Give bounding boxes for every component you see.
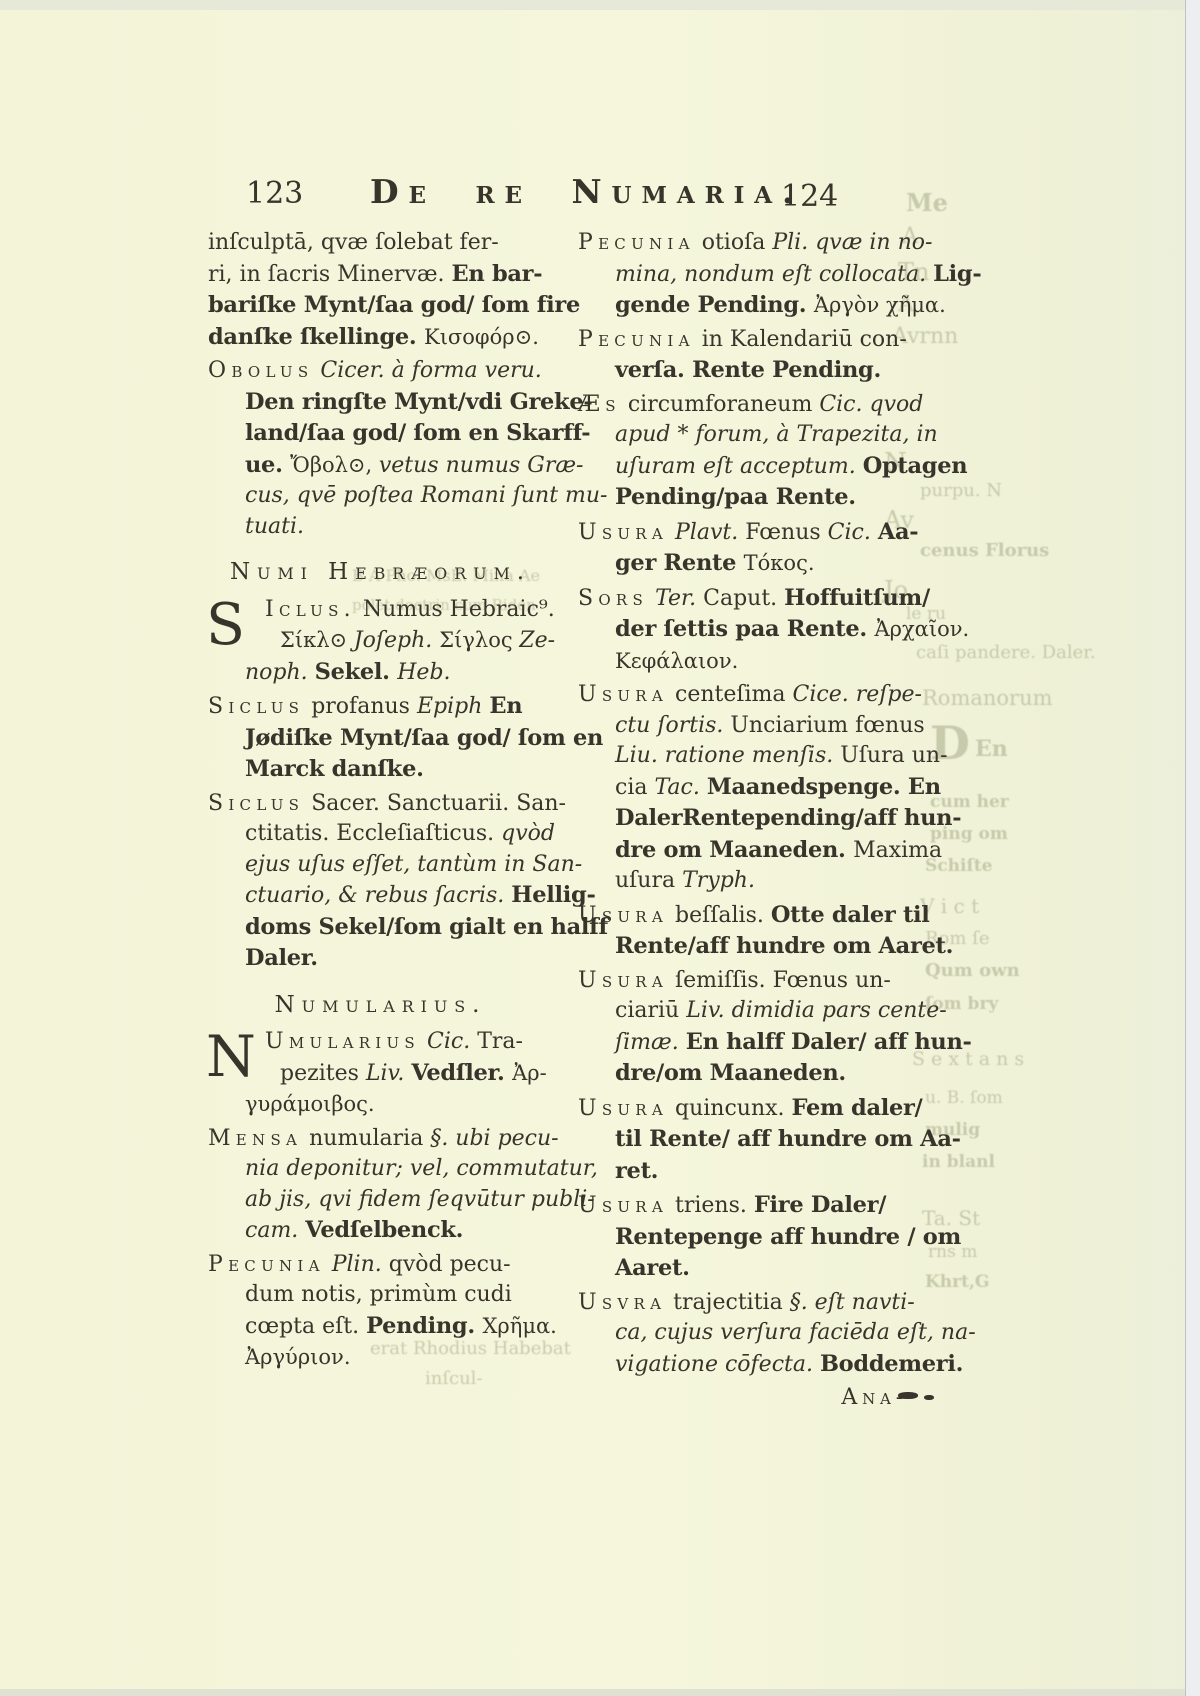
text-segment: quincunx. xyxy=(668,1096,792,1121)
text-segment: Ἀργύριον. xyxy=(245,1345,351,1369)
scan-edge-bottom xyxy=(0,1689,1200,1696)
text-segment: Numus Hebraic⁹. xyxy=(356,597,555,622)
dictionary-entry: Usura triens. Fire Daler/Rentepenge aff … xyxy=(578,1190,938,1285)
text-segment: Cic. xyxy=(427,1029,477,1054)
entry-line: noph. Sekel. Heb. xyxy=(208,657,553,689)
text-segment: Χρῆμα. xyxy=(482,1314,556,1338)
text-segment: Pending/paa Rente. xyxy=(615,484,856,510)
entry-line: ca, cujus verſura faciēda eſt, na- xyxy=(578,1318,938,1349)
text-segment: Caput. xyxy=(703,586,784,611)
entry-line: Siclus Sacer. Sanctuarii. San- xyxy=(208,789,553,820)
text-segment: Pending. xyxy=(366,1313,482,1339)
text-segment: Cic. qvod xyxy=(819,392,923,417)
text-segment: Jødiſke Mynt/ſaa god/ ſom en xyxy=(245,725,603,751)
entry-line: dre om Maaneden. Maxima xyxy=(578,835,938,867)
text-segment: Ter. xyxy=(655,586,703,611)
text-segment: centeſima xyxy=(668,682,793,707)
text-segment: Den ringſte Mynt/vdi Greke- xyxy=(245,389,592,415)
text-segment: Epiph xyxy=(417,694,489,719)
text-segment: ab jis, qvi fidem ſeqvūtur publi- xyxy=(245,1187,595,1212)
text-segment: Umularius xyxy=(265,1029,420,1054)
text-segment: Tryph. xyxy=(682,868,755,893)
text-column-left: inſculptā, qvæ ſolebat fer-ri, in ſacris… xyxy=(208,228,553,1377)
text-segment: Daler. xyxy=(245,945,318,971)
text-segment: Tra- xyxy=(477,1029,523,1054)
entry-line: pezites Liv. Vedſler. Ἀρ- xyxy=(208,1058,553,1090)
entry-line: dum notis, primùm cudi xyxy=(208,1280,553,1311)
text-segment: inſculptā, qvæ ſolebat fer- xyxy=(208,230,499,255)
text-segment: ctitatis. Eccleſiaſticus. xyxy=(245,821,501,846)
text-segment: Otte daler til xyxy=(771,902,930,928)
entry-line: Pending/paa Rente. xyxy=(578,482,938,514)
text-segment: gende Pending. xyxy=(615,292,814,318)
text-column-right: Pecunia otioſa Pli. qvæ in no-mina, nond… xyxy=(578,228,938,1414)
text-segment: Maanedspenge. En xyxy=(707,774,941,800)
entry-line: Usura quincunx. Fem daler/ xyxy=(578,1093,938,1125)
entry-line: danſke ſkellinge. Κισοφόρ⊙. xyxy=(208,322,553,354)
text-segment: noph. xyxy=(245,660,315,685)
text-segment: §. eſt navti- xyxy=(790,1290,915,1315)
text-segment: pezites xyxy=(280,1061,366,1086)
entry-line: cus, qvē poſtea Romani ſunt mu- xyxy=(208,481,553,512)
text-segment: in Kalendariū con- xyxy=(695,327,907,352)
entry-line: Siclus profanus Epiph En xyxy=(208,691,553,723)
text-segment: qvòd pecu- xyxy=(389,1252,511,1277)
text-segment: Ἀργὸν χῆμα. xyxy=(814,293,946,317)
entry-line: uſuram eſt acceptum. Optagen xyxy=(578,451,938,483)
text-segment: Pli. qvæ in no- xyxy=(772,230,932,255)
text-segment: Fœnus xyxy=(745,520,827,545)
text-segment: Usvra xyxy=(578,1290,666,1315)
text-segment: Boddemeri. xyxy=(820,1351,963,1377)
entry-line: ciariū Liv. dimidia pars cente- xyxy=(578,996,938,1027)
text-segment: Siclus xyxy=(208,694,304,719)
text-segment: doms Sekel/ſom gialt en halff xyxy=(245,914,608,940)
text-segment: Maxima xyxy=(853,838,942,863)
entry-line: Usvra trajectitia §. eſt navti- xyxy=(578,1288,938,1319)
text-segment: Sacer. Sanctuarii. San- xyxy=(304,791,566,816)
scanned-book-page: { "page": { "paper_color": "#f4f5d9", "i… xyxy=(0,0,1200,1696)
entry-line: γυράμοιβος. xyxy=(208,1089,553,1121)
entry-line: apud * forum, à Trapezita, in xyxy=(578,420,938,451)
dictionary-entry: Mensa numularia §. ubi pecu-nia deponitu… xyxy=(208,1124,553,1247)
text-segment: En halff Daler/ aff hun- xyxy=(686,1029,972,1055)
text-segment: Usura xyxy=(578,520,668,545)
ink-speck xyxy=(924,1395,934,1400)
section-heading: Numi Hebræorum. xyxy=(208,557,553,588)
text-segment: ciariū xyxy=(615,998,686,1023)
entry-line: Marck danſke. xyxy=(208,754,553,786)
dictionary-entry: Usura beſſalis. Otte daler tilRente/aff … xyxy=(578,900,938,963)
entry-line: ctuario, & rebus ſacris. Hellig- xyxy=(208,880,553,912)
entry-line: Usura ſemiſſis. Fœnus un- xyxy=(578,966,938,997)
text-segment: til Rente/ aff hundre om Aa- xyxy=(615,1126,961,1152)
text-segment: Cice. reſpe- xyxy=(793,682,922,707)
drop-cap: N xyxy=(206,1029,256,1086)
entry-line: Den ringſte Mynt/vdi Greke- xyxy=(208,387,553,419)
text-segment: Usura xyxy=(578,968,668,993)
text-segment: γυράμοιβος. xyxy=(245,1092,375,1116)
text-segment: apud * forum, à Trapezita, in xyxy=(615,422,938,447)
text-segment: Pecunia xyxy=(208,1252,325,1277)
entry-line: Pecunia otioſa Pli. qvæ in no- xyxy=(578,228,938,259)
scan-edge-right xyxy=(1185,0,1200,1696)
dictionary-entry: Siclus profanus Epiph EnJødiſke Mynt/ſaa… xyxy=(208,691,553,786)
text-segment: Joſeph. xyxy=(354,628,439,653)
text-segment: Liu. ratione menſis. xyxy=(615,743,840,768)
dictionary-entry: NUmularius Cic. Tra-pezites Liv. Vedſler… xyxy=(208,1027,553,1121)
entry-line: Pecunia Plin. qvòd pecu- xyxy=(208,1250,553,1281)
text-segment xyxy=(420,1029,427,1054)
text-segment: Sekel. xyxy=(315,659,398,685)
text-segment: dre/om Maaneden. xyxy=(615,1060,846,1086)
dictionary-entry: Usvra trajectitia §. eſt navti-ca, cujus… xyxy=(578,1288,938,1381)
entry-line: verſa. Rente Pending. xyxy=(578,355,938,387)
page-number-right: 124 xyxy=(781,179,838,214)
text-segment: cia xyxy=(615,775,654,800)
entry-line: der ſettis paa Rente. Ἀρχαῖον. xyxy=(578,614,938,646)
text-segment: numularia xyxy=(302,1126,430,1151)
dictionary-entry: inſculptā, qvæ ſolebat fer-ri, in ſacris… xyxy=(208,228,553,353)
text-segment: Æs xyxy=(578,392,621,417)
text-segment: dre om Maaneden. xyxy=(615,837,853,863)
text-segment xyxy=(325,1252,332,1277)
text-segment: vetus numus Græ- xyxy=(379,453,584,478)
entry-line: Liu. ratione menſis. Uſura un- xyxy=(578,741,938,772)
text-segment: Sors xyxy=(578,586,648,611)
text-segment: Vedſelbenck. xyxy=(305,1217,463,1243)
catchword: Ana- xyxy=(578,1383,938,1414)
text-segment: Usura xyxy=(578,1096,668,1121)
text-segment: Usura xyxy=(578,1193,668,1218)
text-segment: DalerRentepending/aff hun- xyxy=(615,805,961,831)
entry-line: Iclus. Numus Hebraic⁹. xyxy=(208,595,553,626)
text-segment: land/ſaa god/ ſom en Skarff- xyxy=(245,420,590,446)
text-segment: ca, cujus verſura faciēda eſt, na- xyxy=(615,1320,976,1345)
text-segment xyxy=(648,586,655,611)
text-segment: Aaret. xyxy=(615,1255,690,1281)
text-segment: Rentepenge aff hundre / om xyxy=(615,1224,961,1250)
text-segment: Σίκλ⊙ xyxy=(280,628,354,652)
text-segment: Plavt. xyxy=(675,520,745,545)
entry-line: Rentepenge aff hundre / om xyxy=(578,1222,938,1254)
entry-line: cia Tac. Maanedspenge. En xyxy=(578,772,938,804)
text-segment: Hoffuitſum/ xyxy=(784,585,930,611)
text-segment: Ze- xyxy=(519,628,555,653)
text-segment: danſke ſkellinge. xyxy=(208,324,424,350)
text-segment: circumforaneum xyxy=(621,392,819,417)
text-segment: Ἀρ- xyxy=(512,1061,547,1085)
entry-line: til Rente/ aff hundre om Aa- xyxy=(578,1124,938,1156)
text-segment: En bar- xyxy=(452,261,543,287)
text-segment: Pecunia xyxy=(578,230,695,255)
text-segment: Σίγλος xyxy=(439,628,519,652)
text-segment: Lig- xyxy=(933,261,981,287)
text-segment: Tac. xyxy=(654,775,706,800)
text-segment: Τόκος. xyxy=(744,551,815,575)
text-segment: Liv. xyxy=(366,1061,411,1086)
entry-line: Mensa numularia §. ubi pecu- xyxy=(208,1124,553,1155)
text-segment: Ἀρχαῖον. xyxy=(874,617,969,641)
text-segment: Pecunia xyxy=(578,327,695,352)
text-segment: cus, qvē poſtea Romani ſunt mu- xyxy=(245,483,608,508)
entry-line: Pecunia in Kalendariū con- xyxy=(578,325,938,356)
dictionary-entry: Usura ſemiſſis. Fœnus un-ciariū Liv. dim… xyxy=(578,966,938,1090)
entry-line: tuati. xyxy=(208,512,553,543)
entry-line: land/ſaa god/ ſom en Skarff- xyxy=(208,418,553,450)
entry-line: mina, nondum eſt collocata. Lig- xyxy=(578,259,938,291)
text-segment: verſa. Rente Pending. xyxy=(615,357,881,383)
entry-line: ſimæ. En halff Daler/ aff hun- xyxy=(578,1027,938,1059)
text-segment: ſemiſſis. Fœnus un- xyxy=(668,968,891,993)
text-segment: ctu ſortis. xyxy=(615,713,730,738)
text-segment: cœpta eſt. xyxy=(245,1314,366,1339)
text-segment: ret. xyxy=(615,1158,658,1184)
entry-line: Daler. xyxy=(208,943,553,975)
text-segment: En xyxy=(489,693,522,719)
text-segment: Unciarium fœnus xyxy=(730,713,924,738)
text-segment: Κισοφόρ⊙. xyxy=(424,325,539,349)
text-segment: beſſalis. xyxy=(668,903,771,928)
entry-line: Usura beſſalis. Otte daler til xyxy=(578,900,938,932)
text-segment xyxy=(668,520,675,545)
entry-line: ri, in ſacris Minervæ. En bar- xyxy=(208,259,553,291)
entry-line: ejus uſus eſſet, tantùm in San- xyxy=(208,850,553,881)
text-segment: ejus uſus eſſet, tantùm in San- xyxy=(245,852,582,877)
text-segment: tuati. xyxy=(245,514,304,539)
entry-line: Σίκλ⊙ Joſeph. Σίγλος Ze- xyxy=(208,625,553,657)
entry-line: ret. xyxy=(578,1156,938,1188)
entry-line: inſculptā, qvæ ſolebat fer- xyxy=(208,228,553,259)
entry-line: nia deponitur; vel, commutatur, xyxy=(208,1154,553,1185)
dictionary-entry: Æs circumforaneum Cic. qvodapud * forum,… xyxy=(578,390,938,514)
text-segment: Marck danſke. xyxy=(245,756,424,782)
text-segment: otioſa xyxy=(695,230,773,255)
entry-line: dre/om Maaneden. xyxy=(578,1058,938,1090)
text-segment: ger Rente xyxy=(615,550,744,576)
drop-cap: S xyxy=(206,597,245,654)
entry-line: DalerRentepending/aff hun- xyxy=(578,803,938,835)
text-segment: profanus xyxy=(304,694,417,719)
entry-line: cam. Vedſelbenck. xyxy=(208,1215,553,1247)
text-segment: vigatione cōfecta. xyxy=(615,1352,820,1377)
entry-line: ger Rente Τόκος. xyxy=(578,548,938,580)
entry-line: Aaret. xyxy=(578,1253,938,1285)
dictionary-entry: Sors Ter. Caput. Hoffuitſum/der ſettis p… xyxy=(578,583,938,678)
text-segment: Κεφάλαιον. xyxy=(615,649,738,673)
text-segment: ctuario, & rebus ſacris. xyxy=(245,883,511,908)
entry-line: Usura triens. Fire Daler/ xyxy=(578,1190,938,1222)
entry-line: Umularius Cic. Tra- xyxy=(208,1027,553,1058)
text-segment: Mensa xyxy=(208,1126,302,1151)
entry-line: ctu ſortis. Unciarium fœnus xyxy=(578,711,938,742)
dictionary-entry: Obolus Cicer. à forma veru.Den ringſte M… xyxy=(208,356,553,542)
entry-line: bariſke Mynt/ſaa god/ ſom fire xyxy=(208,290,553,322)
text-segment: Fem daler/ xyxy=(792,1095,923,1121)
entry-line: Obolus Cicer. à forma veru. xyxy=(208,356,553,387)
entry-line: uſura Tryph. xyxy=(578,866,938,897)
text-segment: nia deponitur; vel, commutatur, xyxy=(245,1156,598,1181)
scan-edge-top xyxy=(0,0,1200,10)
entry-line: Æs circumforaneum Cic. qvod xyxy=(578,390,938,421)
text-segment: Cic. xyxy=(828,520,878,545)
page-number-left: 123 xyxy=(246,176,303,211)
text-segment: qvòd xyxy=(501,821,555,846)
text-segment: Plin. xyxy=(332,1252,389,1277)
text-segment: Optagen xyxy=(863,453,968,479)
text-segment: mina, nondum eſt collocata. xyxy=(615,262,933,287)
entry-line: ab jis, qvi fidem ſeqvūtur publi- xyxy=(208,1185,553,1216)
text-segment: bariſke Mynt/ſaa god/ ſom fire xyxy=(208,292,580,318)
dictionary-entry: Pecunia otioſa Pli. qvæ in no-mina, nond… xyxy=(578,228,938,322)
page-title: De re Numaria. xyxy=(370,172,730,211)
entry-line: gende Pending. Ἀργὸν χῆμα. xyxy=(578,290,938,322)
text-segment: dum notis, primùm cudi xyxy=(245,1282,512,1307)
entry-line: cœpta eſt. Pending. Χρῆμα. xyxy=(208,1311,553,1343)
text-segment: uſura xyxy=(615,868,682,893)
text-segment: Uſura un- xyxy=(840,743,947,768)
text-segment: Usura xyxy=(578,903,668,928)
text-segment: Fire Daler/ xyxy=(754,1192,886,1218)
dictionary-entry: Usura Plavt. Fœnus Cic. Aa-ger Rente Τόκ… xyxy=(578,517,938,580)
dictionary-entry: Siclus Sacer. Sanctuarii. San-ctitatis. … xyxy=(208,789,553,975)
section-heading: Numularius. xyxy=(208,990,553,1021)
text-segment: §. ubi pecu- xyxy=(430,1126,558,1151)
text-segment: Iclus. xyxy=(265,597,356,622)
text-segment: Liv. dimidia pars cente- xyxy=(686,998,947,1023)
text-segment: ue. xyxy=(245,452,290,478)
text-segment: Ὄβολ⊙, xyxy=(290,453,379,477)
entry-line: ctitatis. Eccleſiaſticus. qvòd xyxy=(208,819,553,850)
text-segment: Vedſler. xyxy=(411,1060,512,1086)
text-segment: Rente/aff hundre om Aaret. xyxy=(615,933,953,959)
dictionary-entry: Pecunia Plin. qvòd pecu-dum notis, primù… xyxy=(208,1250,553,1374)
text-segment: ri, in ſacris Minervæ. xyxy=(208,262,452,287)
entry-line: vigatione cōfecta. Boddemeri. xyxy=(578,1349,938,1381)
entry-line: Jødiſke Mynt/ſaa god/ ſom en xyxy=(208,723,553,755)
text-segment: der ſettis paa Rente. xyxy=(615,616,874,642)
entry-line: Rente/aff hundre om Aaret. xyxy=(578,931,938,963)
text-segment: Cicer. à forma veru. xyxy=(320,358,541,383)
text-segment: ſimæ. xyxy=(615,1030,686,1055)
dictionary-entry: Usura quincunx. Fem daler/til Rente/ aff… xyxy=(578,1093,938,1188)
dictionary-entry: Pecunia in Kalendariū con-verſa. Rente P… xyxy=(578,325,938,387)
text-segment: cam. xyxy=(245,1218,305,1243)
text-segment: Siclus xyxy=(208,791,304,816)
entry-line: doms Sekel/ſom gialt en halff xyxy=(208,912,553,944)
entry-line: Ἀργύριον. xyxy=(208,1342,553,1374)
entry-line: Κεφάλαιον. xyxy=(578,646,938,678)
entry-line: Sors Ter. Caput. Hoffuitſum/ xyxy=(578,583,938,615)
text-segment: uſuram eſt acceptum. xyxy=(615,454,863,479)
text-segment: triens. xyxy=(668,1193,754,1218)
dictionary-entry: SIclus. Numus Hebraic⁹.Σίκλ⊙ Joſeph. Σίγ… xyxy=(208,595,553,689)
entry-line: ue. Ὄβολ⊙, vetus numus Græ- xyxy=(208,450,553,482)
entry-line: Usura centeſima Cice. reſpe- xyxy=(578,680,938,711)
text-segment: Usura xyxy=(578,682,668,707)
text-segment: Heb. xyxy=(397,660,450,685)
entry-line: Usura Plavt. Fœnus Cic. Aa- xyxy=(578,517,938,549)
ink-speck xyxy=(898,1392,918,1399)
text-segment: Obolus xyxy=(208,358,313,383)
text-segment: trajectitia xyxy=(666,1290,790,1315)
text-segment: Aa- xyxy=(878,519,918,545)
dictionary-entry: Usura centeſima Cice. reſpe-ctu ſortis. … xyxy=(578,680,938,897)
